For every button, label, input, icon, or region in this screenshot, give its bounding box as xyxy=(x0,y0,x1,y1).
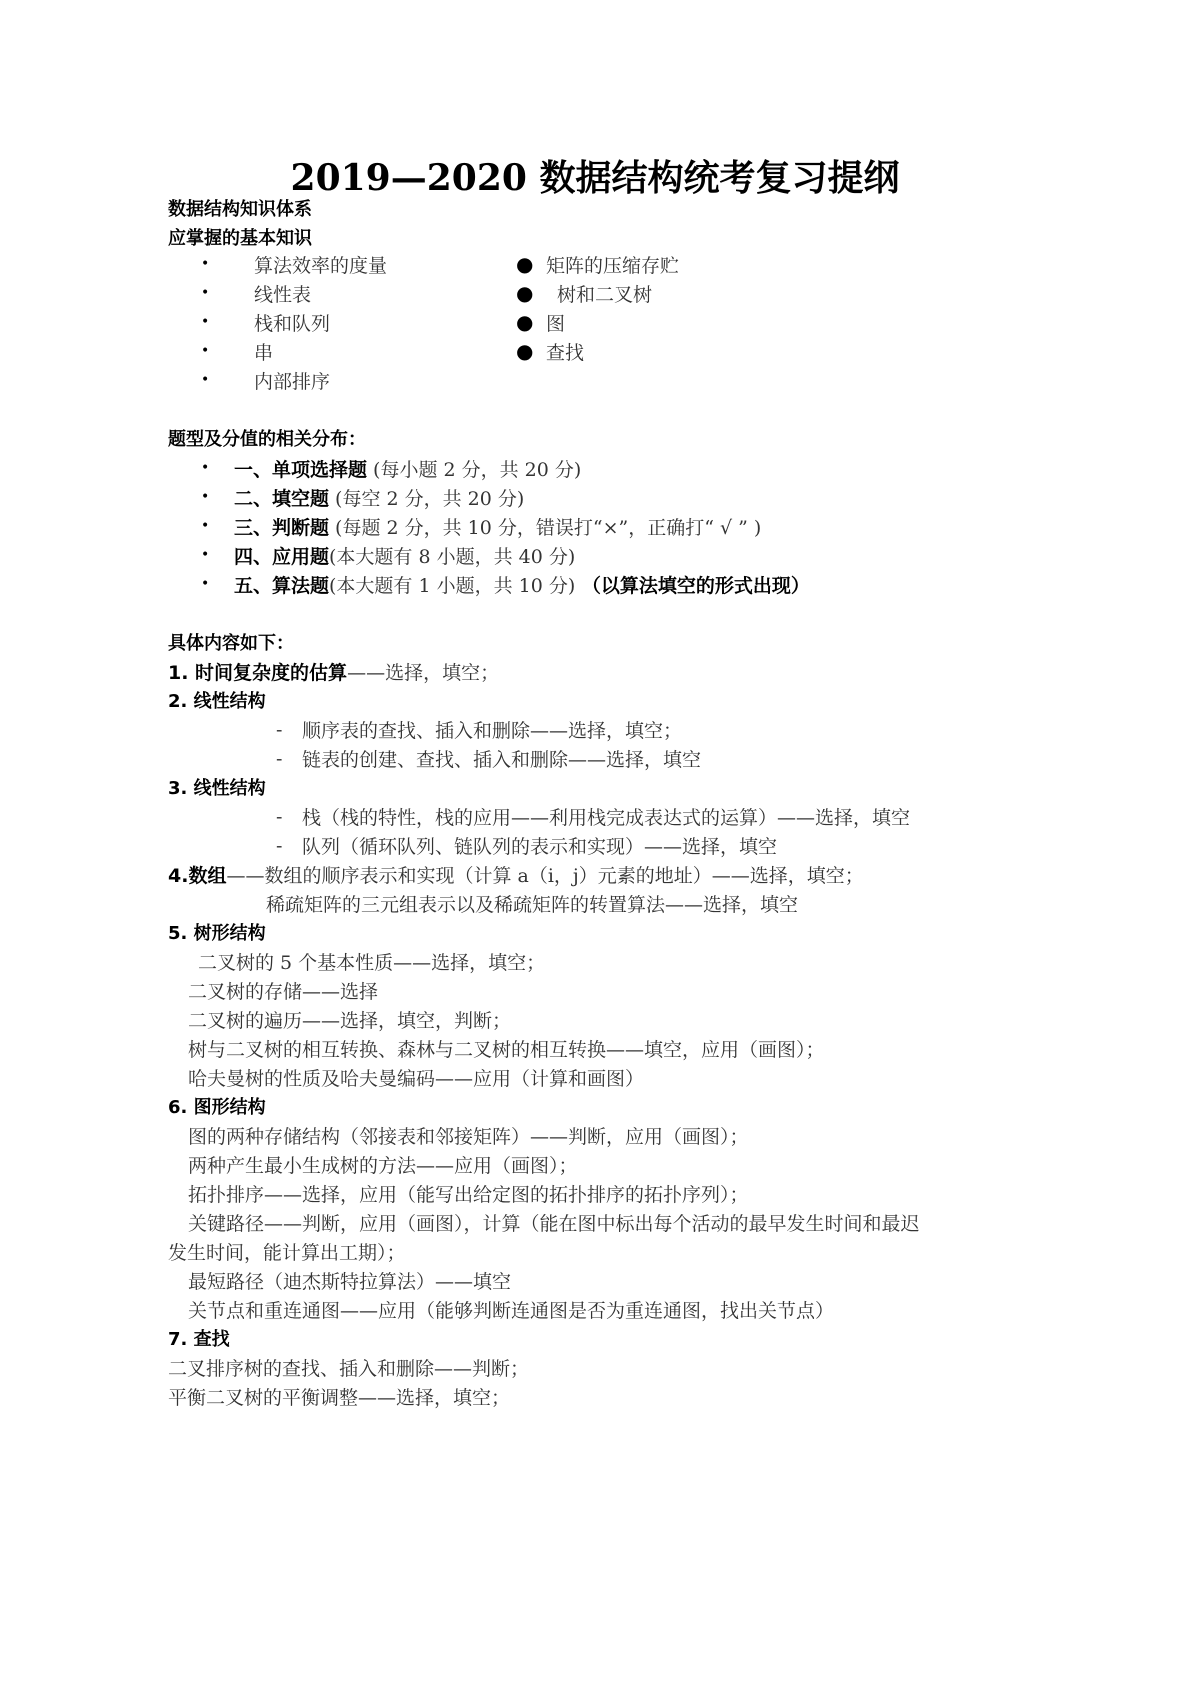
bullet-icon: • xyxy=(201,518,209,534)
section-heading-question-types: 题型及分值的相关分布： xyxy=(168,428,366,452)
question-type-name: 三、判断题 xyxy=(234,517,329,539)
bullet-icon: • xyxy=(201,372,209,388)
dash-icon: - xyxy=(276,748,282,770)
knowledge-item: 图 xyxy=(546,312,565,336)
knowledge-item: 矩阵的压缩存贮 xyxy=(546,254,679,278)
topic-2-heading: 2. 线性结构 xyxy=(168,690,266,714)
question-type-detail: (本大题有 8 小题，共 40 分) xyxy=(329,546,575,568)
topic-tail: ——数组的顺序表示和实现（计算 a（i，j）元素的地址）——选择，填空； xyxy=(226,865,863,887)
topic-5-heading: 5. 树形结构 xyxy=(168,922,266,946)
bullet-icon: ● xyxy=(516,339,533,363)
question-type-item: 三、判断题 (每题 2 分，共 10 分，错误打“×”，正确打“ √ ” ) xyxy=(234,516,761,540)
question-type-item: 二、填空题 (每空 2 分，共 20 分) xyxy=(234,487,524,511)
question-type-detail: (每小题 2 分，共 20 分) xyxy=(367,459,581,481)
topic-item: 树与二叉树的相互转换、森林与二叉树的相互转换——填空，应用（画图）； xyxy=(188,1038,825,1062)
question-type-name: 一、单项选择题 xyxy=(234,459,367,481)
question-type-name: 五、算法题 xyxy=(234,575,329,597)
bullet-icon: • xyxy=(201,256,209,272)
topic-tail: ——选择，填空； xyxy=(347,662,499,684)
question-type-detail: (每空 2 分，共 20 分) xyxy=(329,488,524,510)
topic-item: 链表的创建、查找、插入和删除——选择，填空 xyxy=(302,748,701,772)
knowledge-item: 树和二叉树 xyxy=(557,283,652,307)
dash-icon: - xyxy=(276,806,282,828)
bullet-icon: ● xyxy=(516,281,533,305)
topic-item: 顺序表的查找、插入和删除——选择，填空； xyxy=(302,719,682,743)
topic-4: 4.数组——数组的顺序表示和实现（计算 a（i，j）元素的地址）——选择，填空； xyxy=(168,864,864,888)
topic-item: 二叉树的 5 个基本性质——选择，填空； xyxy=(198,951,545,975)
bullet-icon: • xyxy=(201,576,209,592)
question-type-name: 四、应用题 xyxy=(234,546,329,568)
knowledge-item: 内部排序 xyxy=(254,370,330,394)
bullet-icon: • xyxy=(201,343,209,359)
topic-item: 关键路径——判断，应用（画图），计算（能在图中标出每个活动的最早发生时间和最迟 xyxy=(188,1212,920,1236)
topic-item: 队列（循环队列、链队列的表示和实现）——选择，填空 xyxy=(302,835,777,859)
topic-item: 平衡二叉树的平衡调整——选择，填空； xyxy=(168,1386,510,1410)
bullet-icon: ● xyxy=(516,252,533,276)
topic-7-heading: 7. 查找 xyxy=(168,1328,230,1352)
topic-heading: 1. 时间复杂度的估算 xyxy=(168,662,347,684)
document-page: 2019—2020 数据结构统考复习提纲 数据结构知识体系 应掌握的基本知识 •… xyxy=(0,0,1190,1683)
question-type-detail: (本大题有 1 小题，共 10 分) xyxy=(329,575,575,597)
bullet-icon: ● xyxy=(516,310,533,334)
section-heading-basic-knowledge: 应掌握的基本知识 xyxy=(168,227,312,251)
knowledge-item: 查找 xyxy=(546,341,584,365)
page-title: 2019—2020 数据结构统考复习提纲 xyxy=(0,150,1190,201)
topic-3-heading: 3. 线性结构 xyxy=(168,777,266,801)
section-heading-knowledge-system: 数据结构知识体系 xyxy=(168,198,312,222)
section-heading-details: 具体内容如下： xyxy=(168,632,294,656)
topic-1: 1. 时间复杂度的估算——选择，填空； xyxy=(168,661,499,685)
question-type-item: 四、应用题(本大题有 8 小题，共 40 分) xyxy=(234,545,575,569)
bullet-icon: • xyxy=(201,285,209,301)
topic-item: 稀疏矩阵的三元组表示以及稀疏矩阵的转置算法——选择，填空 xyxy=(266,893,798,917)
topic-6-heading: 6. 图形结构 xyxy=(168,1096,266,1120)
question-type-item: 五、算法题(本大题有 1 小题，共 10 分) （以算法填空的形式出现） xyxy=(234,574,810,598)
bullet-icon: • xyxy=(201,460,209,476)
bullet-icon: • xyxy=(201,314,209,330)
question-type-note: （以算法填空的形式出现） xyxy=(575,575,810,597)
bullet-icon: • xyxy=(201,547,209,563)
knowledge-item: 串 xyxy=(254,341,273,365)
topic-item: 二叉树的遍历——选择，填空，判断； xyxy=(188,1009,511,1033)
question-type-item: 一、单项选择题 (每小题 2 分，共 20 分) xyxy=(234,458,581,482)
dash-icon: - xyxy=(276,835,282,857)
knowledge-item: 线性表 xyxy=(254,283,311,307)
topic-item: 二叉树的存储——选择 xyxy=(188,980,378,1004)
topic-item: 关节点和重连通图——应用（能够判断连通图是否为重连通图，找出关节点） xyxy=(188,1299,834,1323)
knowledge-item: 栈和队列 xyxy=(254,312,330,336)
topic-item: 二叉排序树的查找、插入和删除——判断； xyxy=(168,1357,529,1381)
topic-item: 栈（栈的特性，栈的应用——利用栈完成表达式的运算）——选择，填空 xyxy=(302,806,910,830)
dash-icon: - xyxy=(276,719,282,741)
topic-item: 拓扑排序——选择，应用（能写出给定图的拓扑排序的拓扑序列）； xyxy=(188,1183,749,1207)
question-type-name: 二、填空题 xyxy=(234,488,329,510)
topic-item: 哈夫曼树的性质及哈夫曼编码——应用（计算和画图） xyxy=(188,1067,644,1091)
topic-heading: 4.数组 xyxy=(168,865,226,887)
knowledge-item: 算法效率的度量 xyxy=(254,254,387,278)
topic-item: 最短路径（迪杰斯特拉算法）——填空 xyxy=(188,1270,511,1294)
topic-item: 发生时间，能计算出工期）； xyxy=(168,1241,406,1265)
question-type-detail: (每题 2 分，共 10 分，错误打“×”，正确打“ √ ” ) xyxy=(329,517,761,539)
topic-item: 图的两种存储结构（邻接表和邻接矩阵）——判断，应用（画图）； xyxy=(188,1125,749,1149)
bullet-icon: • xyxy=(201,489,209,505)
topic-item: 两种产生最小生成树的方法——应用（画图）； xyxy=(188,1154,578,1178)
